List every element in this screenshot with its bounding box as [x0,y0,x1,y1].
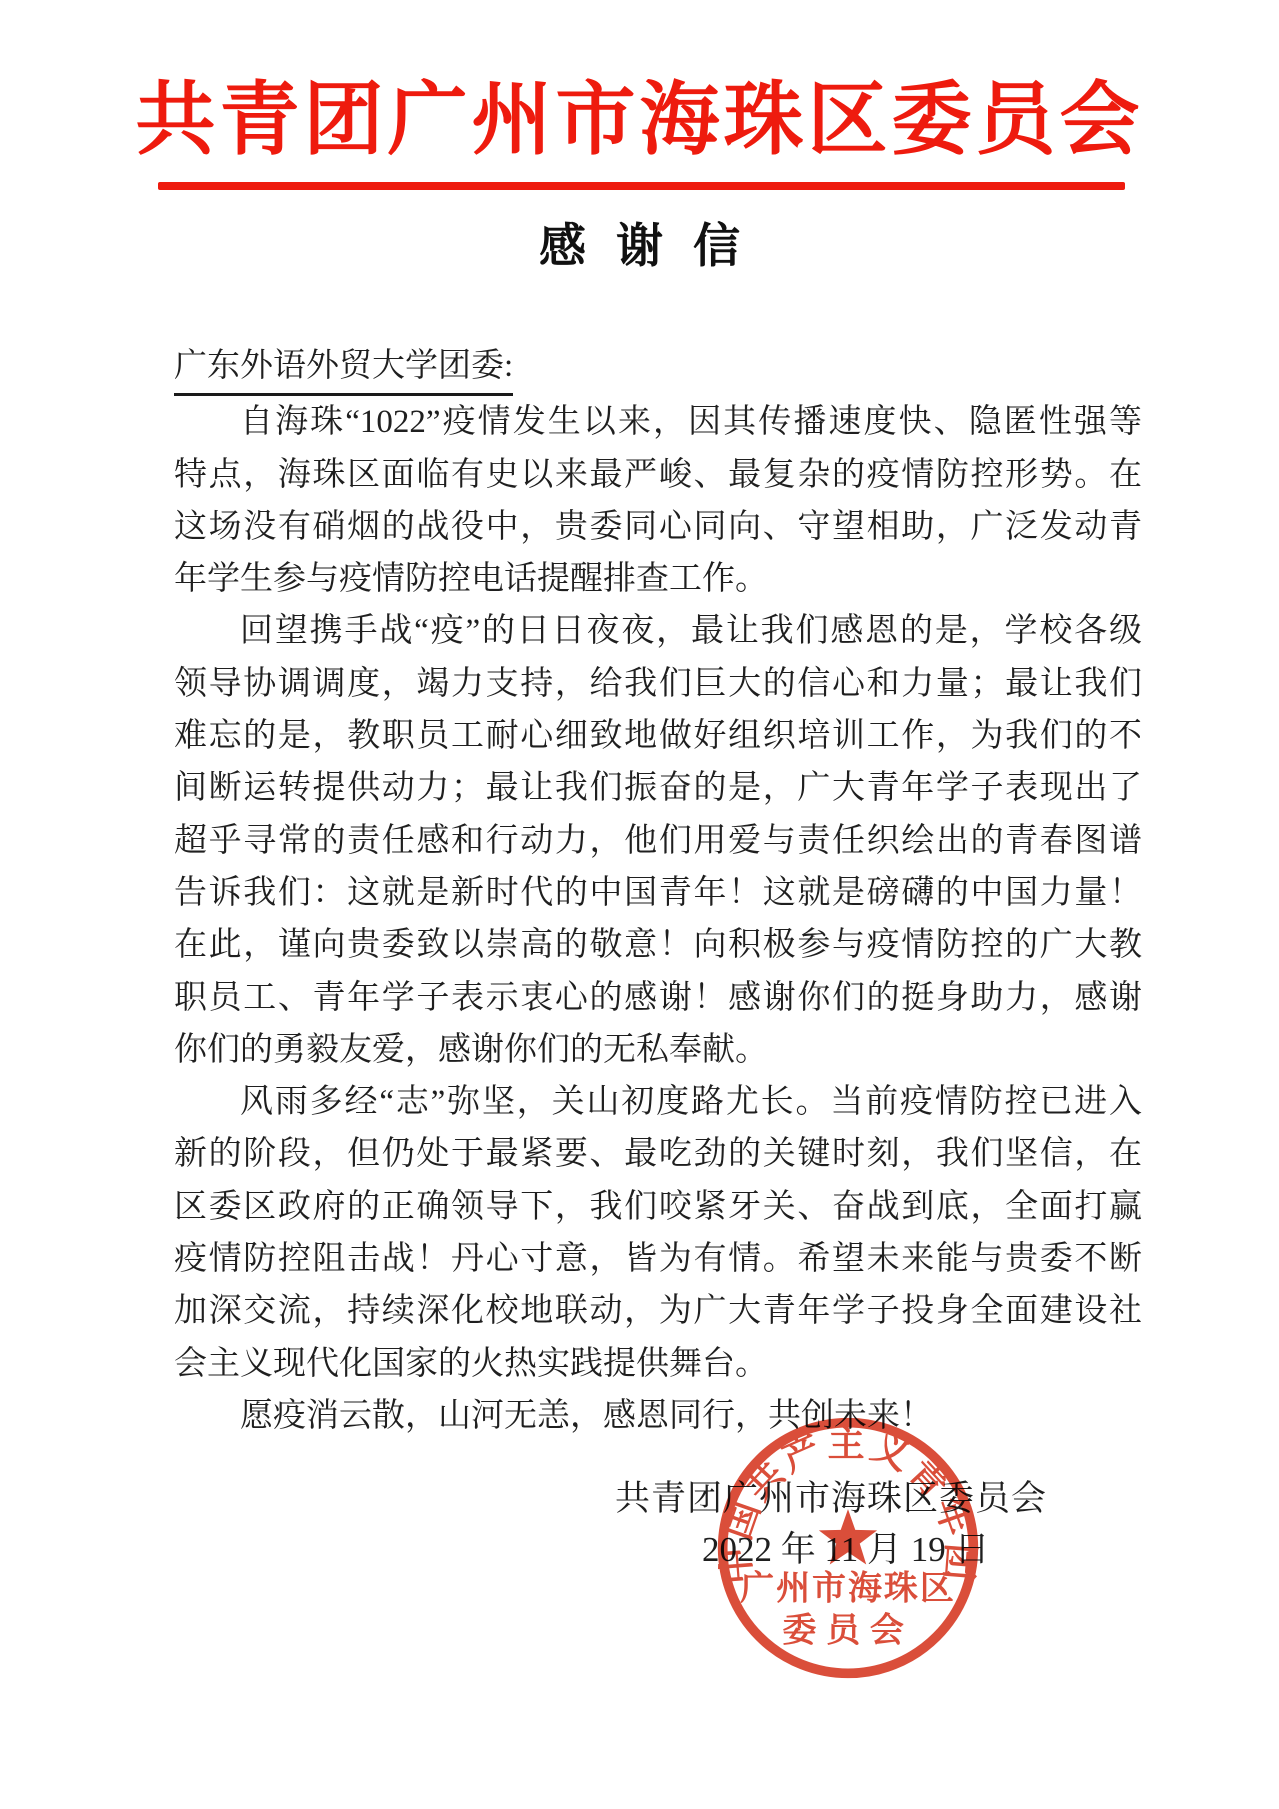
body-line: 疫情防控阻击战！丹心寸意，皆为有情。希望未来能与贵委不断 [174,1233,1142,1285]
doc-title: 感谢信 [0,220,1279,272]
body-line: 超乎寻常的责任感和行动力，他们用爱与责任织绘出的青春图谱 [174,815,1142,867]
body-line: 特点，海珠区面临有史以来最严峻、最复杂的疫情防控形势。在 [174,449,1142,501]
thank-you-letter-page: 共青团广州市海珠区委员会 感谢信 广东外语外贸大学团委: 自海珠“1022”疫情… [0,0,1279,1809]
letter-paragraphs: 自海珠“1022”疫情发生以来，因其传播速度快、隐匿性强等特点，海珠区面临有史以… [174,396,1142,1442]
body-line: 加深交流，持续深化校地联动，为广大青年学子投身全面建设社 [174,1285,1142,1337]
body-line: 愿疫消云散，山河无恙，感恩同行，共创未来！ [174,1390,1142,1442]
salutation-text: 广东外语外贸大学团委: [174,340,513,396]
body-line: 职员工、青年学子表示衷心的感谢！感谢你们的挺身助力，感谢 [174,972,1142,1024]
red-star-icon [819,1509,877,1564]
letter-body: 广东外语外贸大学团委: 自海珠“1022”疫情发生以来，因其传播速度快、隐匿性强… [174,340,1142,1442]
body-line: 区委区政府的正确领导下，我们咬紧牙关、奋战到底，全面打赢 [174,1181,1142,1233]
header-divider-line [158,182,1125,190]
body-line: 回望携手战“疫”的日日夜夜，最让我们感恩的是，学校各级 [174,605,1142,657]
official-seal: 中国共产主义青年团 广州市海珠区 委员会 [712,1412,984,1684]
body-line: 告诉我们：这就是新时代的中国青年！这就是磅礴的中国力量！ [174,867,1142,919]
seal-committee-text: 委员会 [782,1611,913,1649]
body-line: 你们的勇毅友爱，感谢你们的无私奉献。 [174,1024,1142,1076]
salutation: 广东外语外贸大学团委: [174,340,1142,396]
body-line: 风雨多经“志”弥坚，关山初度路尤长。当前疫情防控已进入 [174,1076,1142,1128]
body-line: 难忘的是，教职员工耐心细致地做好组织培训工作，为我们的不 [174,710,1142,762]
org-header-title: 共青团广州市海珠区委员会 [0,72,1279,168]
body-line: 新的阶段，但仍处于最紧要、最吃劲的关键时刻，我们坚信，在 [174,1128,1142,1180]
body-line: 会主义现代化国家的火热实践提供舞台。 [174,1338,1142,1390]
body-line: 这场没有硝烟的战役中，贵委同心同向、守望相助，广泛发动青 [174,501,1142,553]
body-line: 年学生参与疫情防控电话提醒排查工作。 [174,553,1142,605]
body-line: 间断运转提供动力；最让我们振奋的是，广大青年学子表现出了 [174,762,1142,814]
body-line: 自海珠“1022”疫情发生以来，因其传播速度快、隐匿性强等 [174,396,1142,448]
seal-region-text: 广州市海珠区 [740,1569,956,1607]
body-line: 在此，谨向贵委致以崇高的敬意！向积极参与疫情防控的广大教 [174,919,1142,971]
body-line: 领导协调调度，竭力支持，给我们巨大的信心和力量；最让我们 [174,658,1142,710]
seal-arc-text: 中国共产主义青年团 [715,1423,982,1586]
